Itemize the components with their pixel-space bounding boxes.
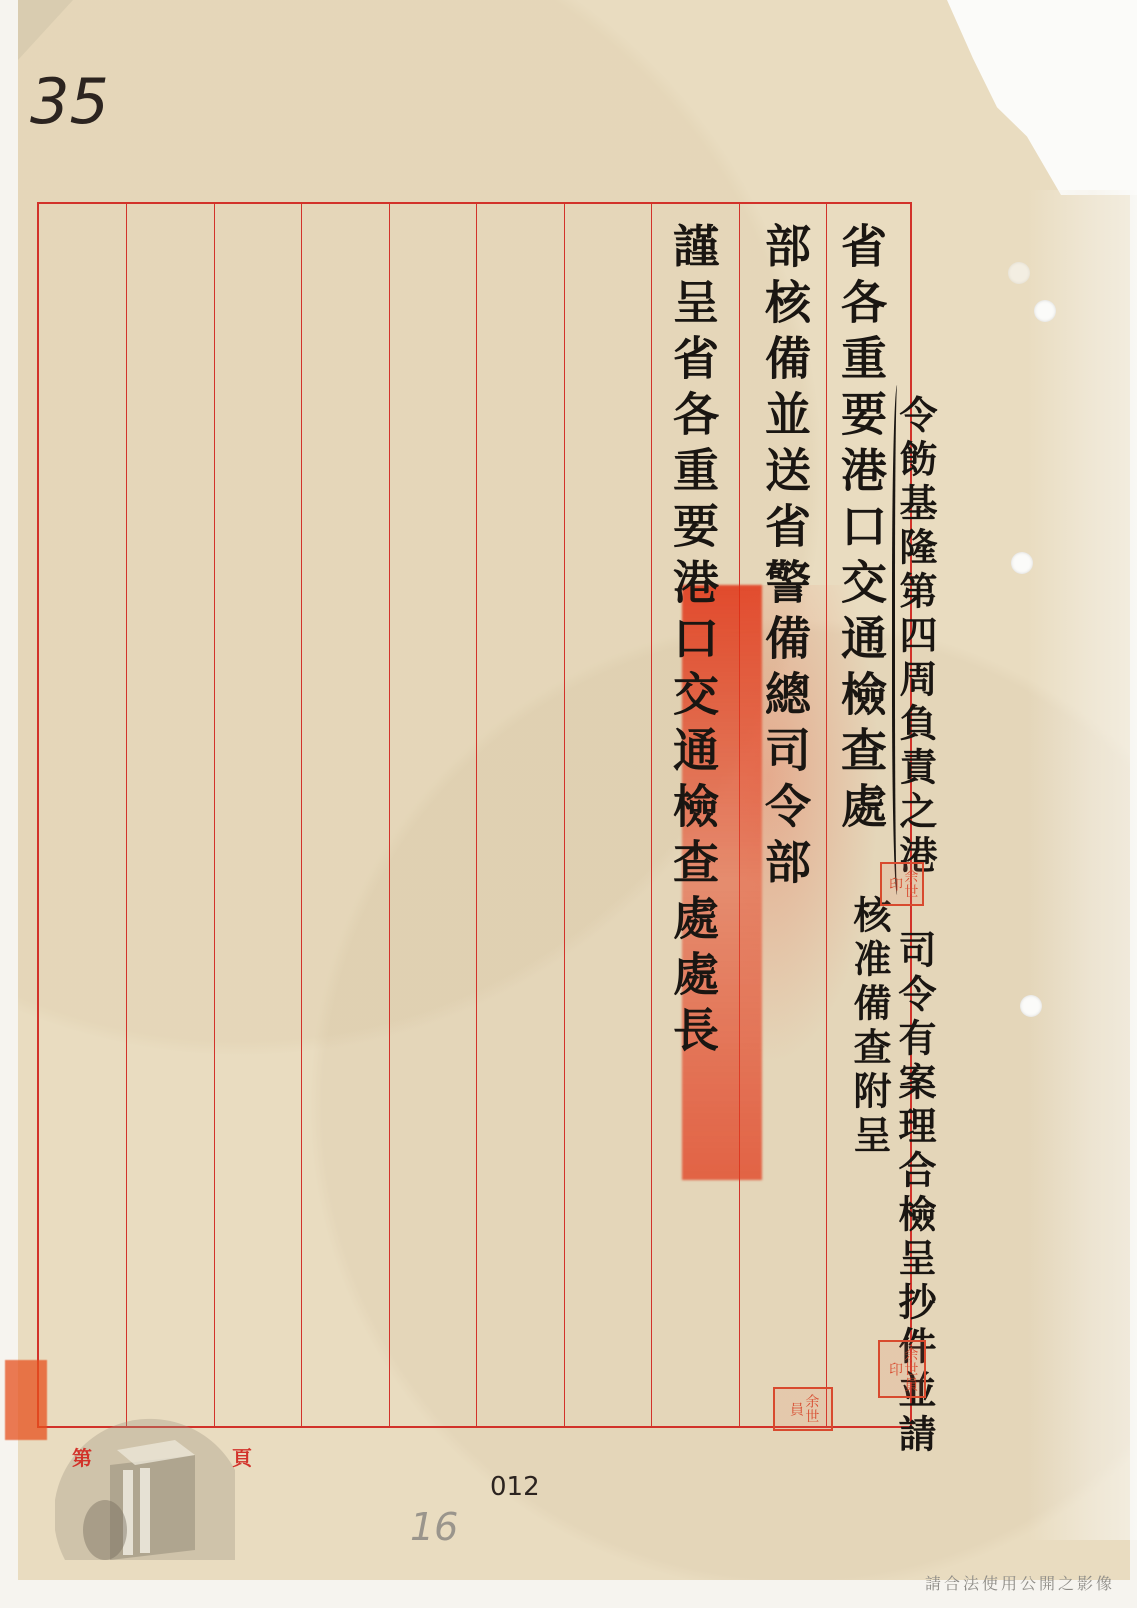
seal-3: 余世員 [773,1387,833,1431]
page-suffix-label: 頁 [232,1442,252,1471]
insertion-mark [892,385,905,895]
punch-hole [1034,300,1056,322]
archive-page-number: 012 [490,1472,540,1502]
folio-number: 35 [30,65,109,138]
punch-hole [1020,995,1042,1017]
archive-logo-icon [55,1410,245,1560]
seal-1: 余世印 [880,862,924,906]
pencil-page-number: 16 [410,1505,458,1549]
text-column-1: 省各重要港口交通檢查處 [838,222,884,838]
torn-right-edge [1027,190,1137,1540]
grid-line [301,204,302,1426]
text-column-2-continued: 核准備查附呈 [850,895,888,1159]
grid-line [389,204,390,1426]
grid-line [214,204,215,1426]
text-column-3: 部核備並送省警備總司令部 [762,222,808,894]
seal-2: 余世員印 [878,1340,926,1398]
page-prefix-label: 第 [72,1442,92,1471]
grid-line [126,204,127,1426]
punch-hole [1008,262,1030,284]
text-column-4: 謹呈省各重要港口交通檢查處處長 [670,222,716,1062]
punch-hole [1011,552,1033,574]
grid-line [476,204,477,1426]
usage-watermark: 請合法使用公開之影像 [925,1571,1115,1594]
partial-seal-left [5,1360,47,1440]
grid-line [651,204,652,1426]
grid-line [564,204,565,1426]
